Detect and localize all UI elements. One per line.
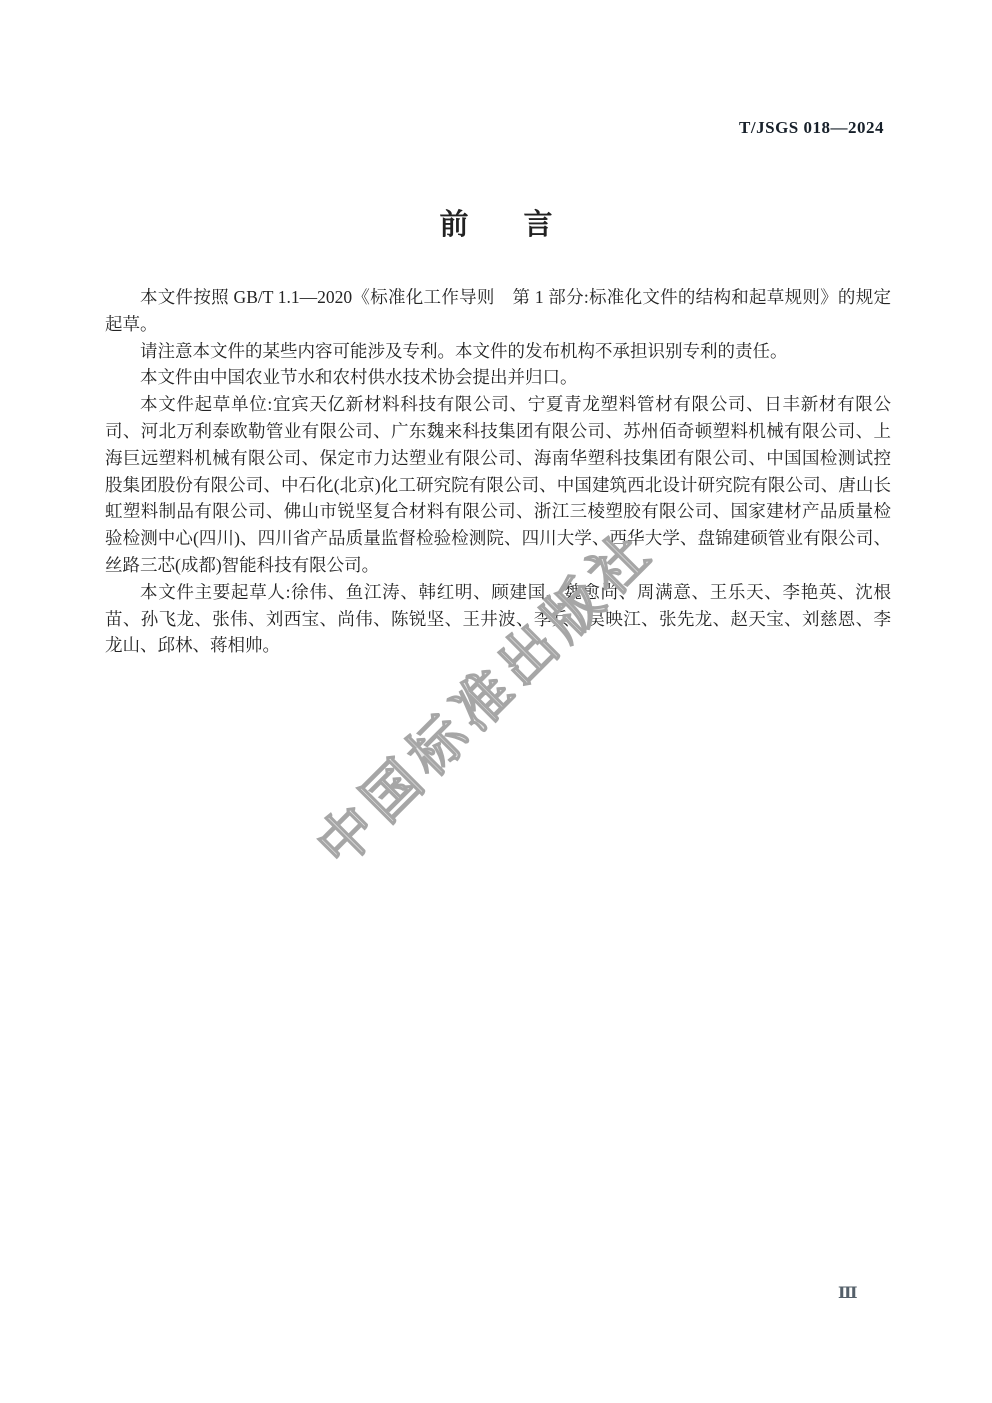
paragraph-drafting-organizations: 本文件起草单位:宜宾天亿新材料科技有限公司、宁夏青龙塑料管材有限公司、日丰新材有… — [105, 391, 891, 579]
foreword-title-char-2: 言 — [524, 202, 553, 243]
document-page: T/JSGS 018—2024 前 言 中国标准出版社 本文件按照 GB/T 1… — [0, 0, 992, 1403]
foreword-body: 本文件按照 GB/T 1.1—2020《标准化工作导则 第 1 部分:标准化文件… — [105, 284, 891, 659]
page-number: Ⅲ — [838, 1283, 857, 1303]
paragraph-drafting-basis: 本文件按照 GB/T 1.1—2020《标准化工作导则 第 1 部分:标准化文件… — [105, 284, 891, 338]
standard-code-header: T/JSGS 018—2024 — [739, 118, 884, 138]
foreword-title: 前 言 — [0, 202, 992, 243]
foreword-title-char-1: 前 — [439, 202, 468, 243]
paragraph-main-drafters: 本文件主要起草人:徐伟、鱼江涛、韩红明、顾建国、魏愈尚、周满意、王乐天、李艳英、… — [105, 579, 891, 659]
paragraph-patent-notice: 请注意本文件的某些内容可能涉及专利。本文件的发布机构不承担识别专利的责任。 — [105, 338, 891, 365]
paragraph-proposing-body: 本文件由中国农业节水和农村供水技术协会提出并归口。 — [105, 364, 891, 391]
